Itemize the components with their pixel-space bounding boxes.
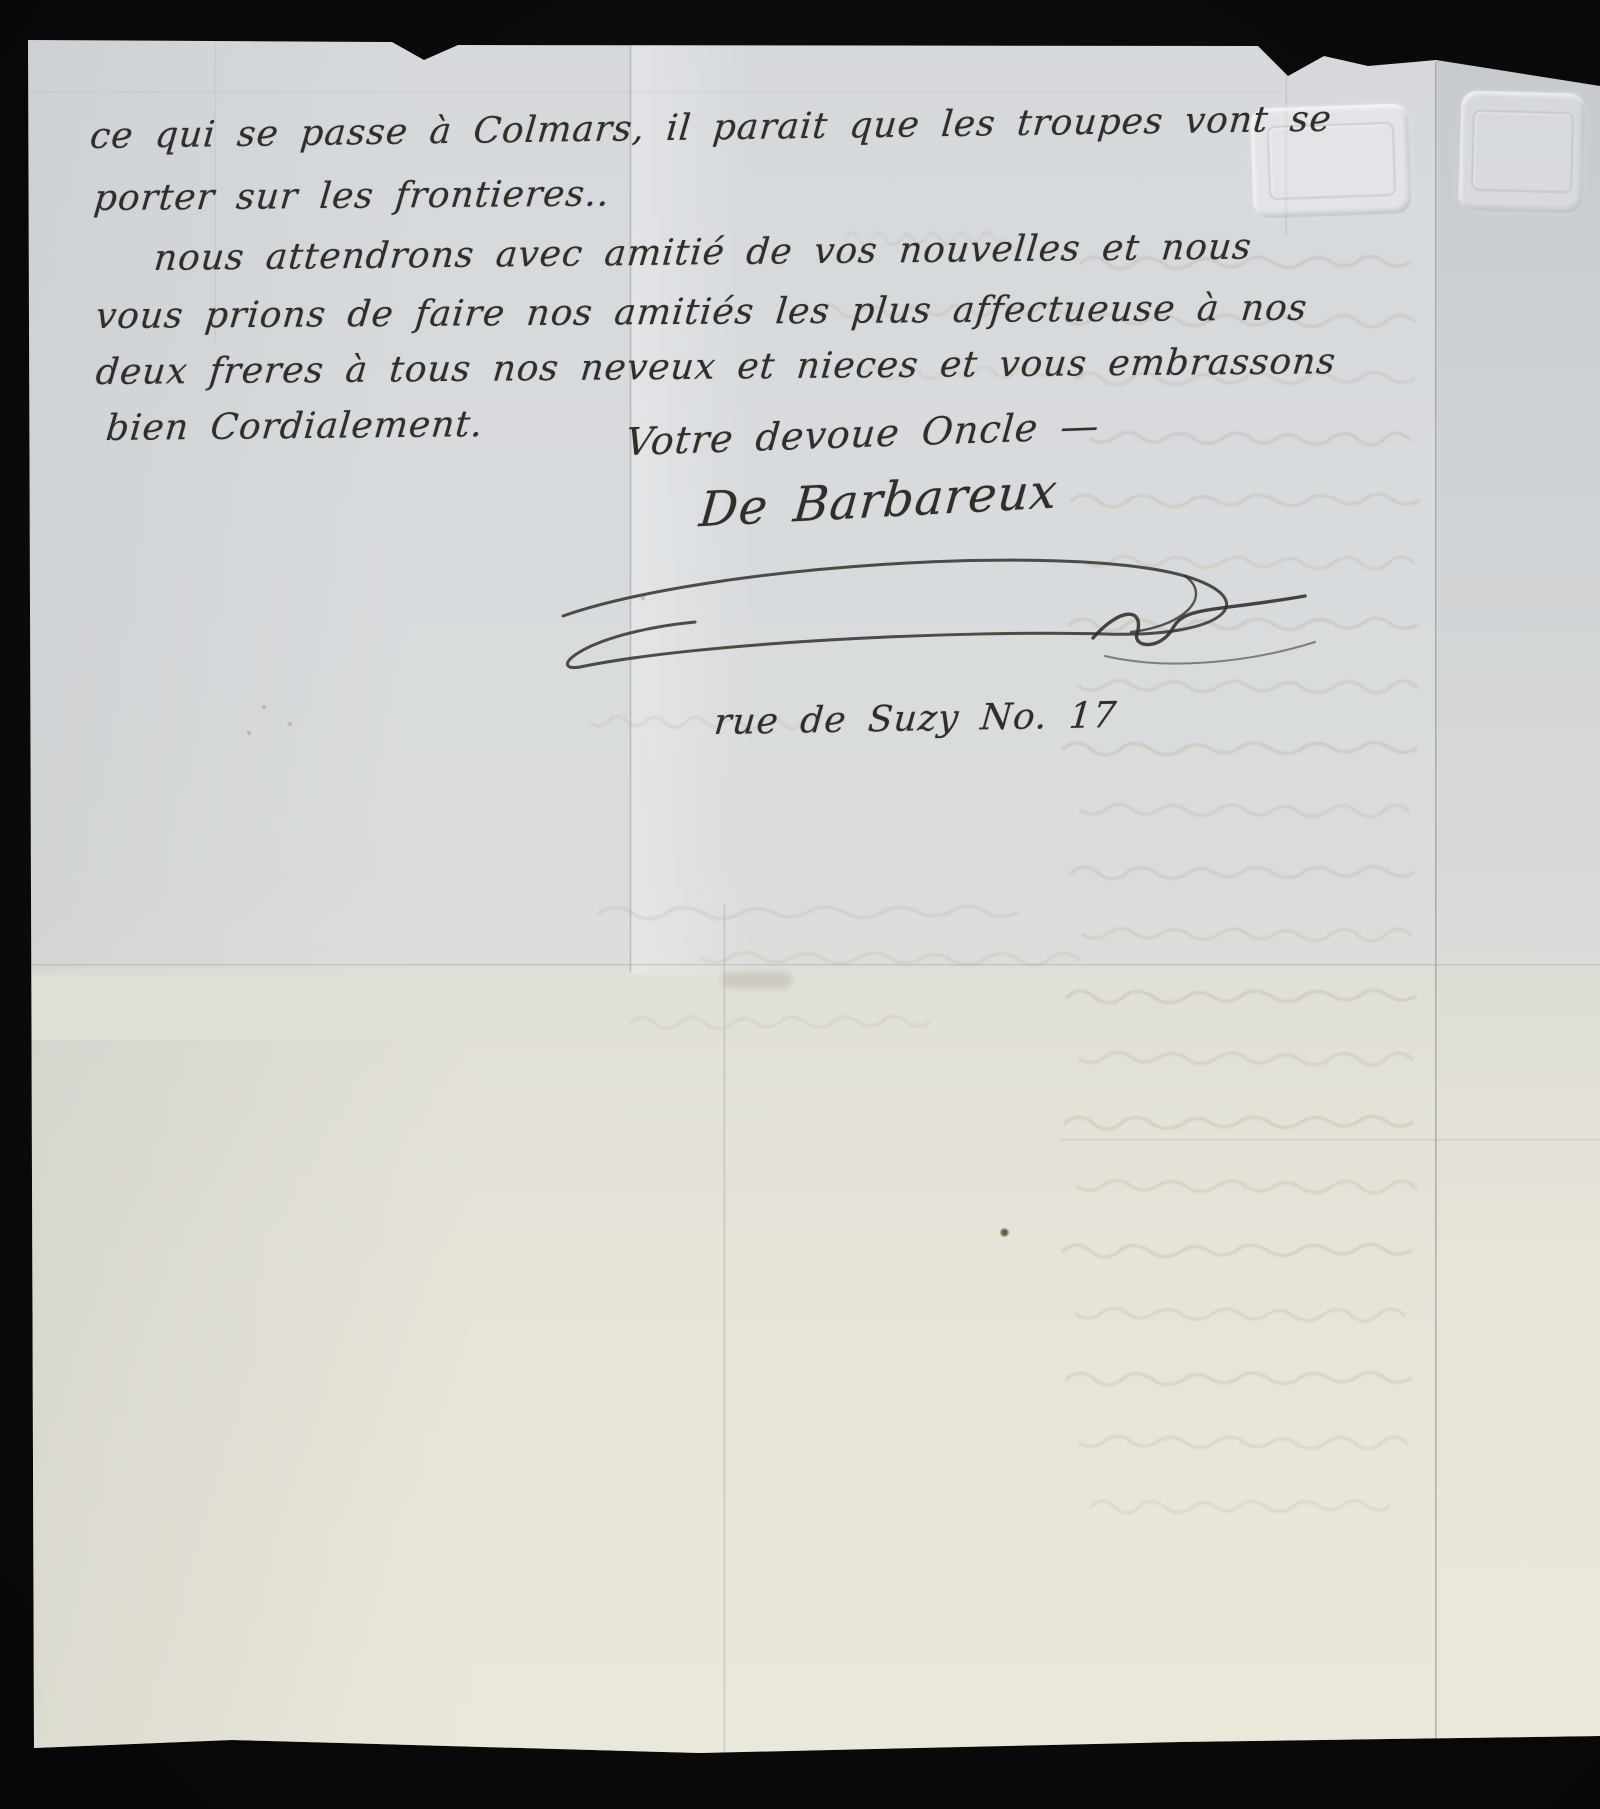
bleedthrough-mark bbox=[598, 902, 1018, 926]
embossed-seal-icon bbox=[1458, 90, 1585, 213]
letter-line: porter sur les frontieres.. bbox=[92, 173, 612, 219]
horizontal-fold-crease bbox=[1060, 1138, 1600, 1141]
letter-line: vous prions de faire nos amitiés les plu… bbox=[94, 288, 1309, 337]
bleedthrough-mark bbox=[1078, 1432, 1408, 1456]
bleedthrough-mark bbox=[630, 1012, 930, 1036]
vertical-fold-crease bbox=[1435, 62, 1438, 1752]
signature: De Barbareux bbox=[697, 463, 1060, 538]
letter-paper: ce qui se passe à Colmars, il parait que… bbox=[0, 0, 1600, 1809]
bleedthrough-mark bbox=[1090, 428, 1410, 452]
foxing-spot bbox=[288, 722, 292, 726]
paper-shading-bottom-left bbox=[0, 1040, 660, 1750]
bleedthrough-mark bbox=[1066, 1368, 1411, 1392]
bleedthrough-mark bbox=[1076, 1176, 1416, 1200]
foxing-spot bbox=[262, 705, 266, 709]
ink-stain bbox=[999, 1228, 1010, 1237]
vertical-fold-crease bbox=[629, 42, 632, 972]
paper-shading-lower bbox=[0, 968, 1600, 1758]
bleedthrough-mark bbox=[1080, 800, 1410, 824]
adjacent-leaf-edge bbox=[1437, 60, 1600, 1760]
letter-line: ce qui se passe à Colmars, il parait que… bbox=[88, 99, 1333, 157]
bleedthrough-mark bbox=[1082, 924, 1412, 948]
letter-line: bien Cordialement. bbox=[104, 404, 485, 449]
bleedthrough-mark bbox=[1062, 1240, 1412, 1264]
bleedthrough-mark bbox=[1064, 1112, 1414, 1136]
crease-smudge bbox=[722, 972, 792, 988]
bleedthrough-mark bbox=[1078, 1048, 1413, 1072]
bleedthrough-mark bbox=[1066, 986, 1416, 1010]
address-line: rue de Suzy No. 17 bbox=[712, 695, 1118, 743]
photograph-of-letter: ce qui se passe à Colmars, il parait que… bbox=[0, 0, 1600, 1809]
bleedthrough-mark bbox=[700, 948, 1080, 972]
foxing-spot bbox=[247, 731, 251, 735]
bleedthrough-mark bbox=[1070, 490, 1420, 514]
signature-flourish bbox=[545, 538, 1325, 698]
bleedthrough-mark bbox=[1062, 738, 1417, 762]
letter-closing: Votre devoue Oncle — bbox=[624, 403, 1101, 464]
horizontal-fold-crease bbox=[30, 90, 1280, 93]
bleedthrough-mark bbox=[1075, 1304, 1405, 1328]
bleedthrough-mark bbox=[1070, 862, 1415, 886]
bleedthrough-mark bbox=[1090, 1496, 1390, 1520]
